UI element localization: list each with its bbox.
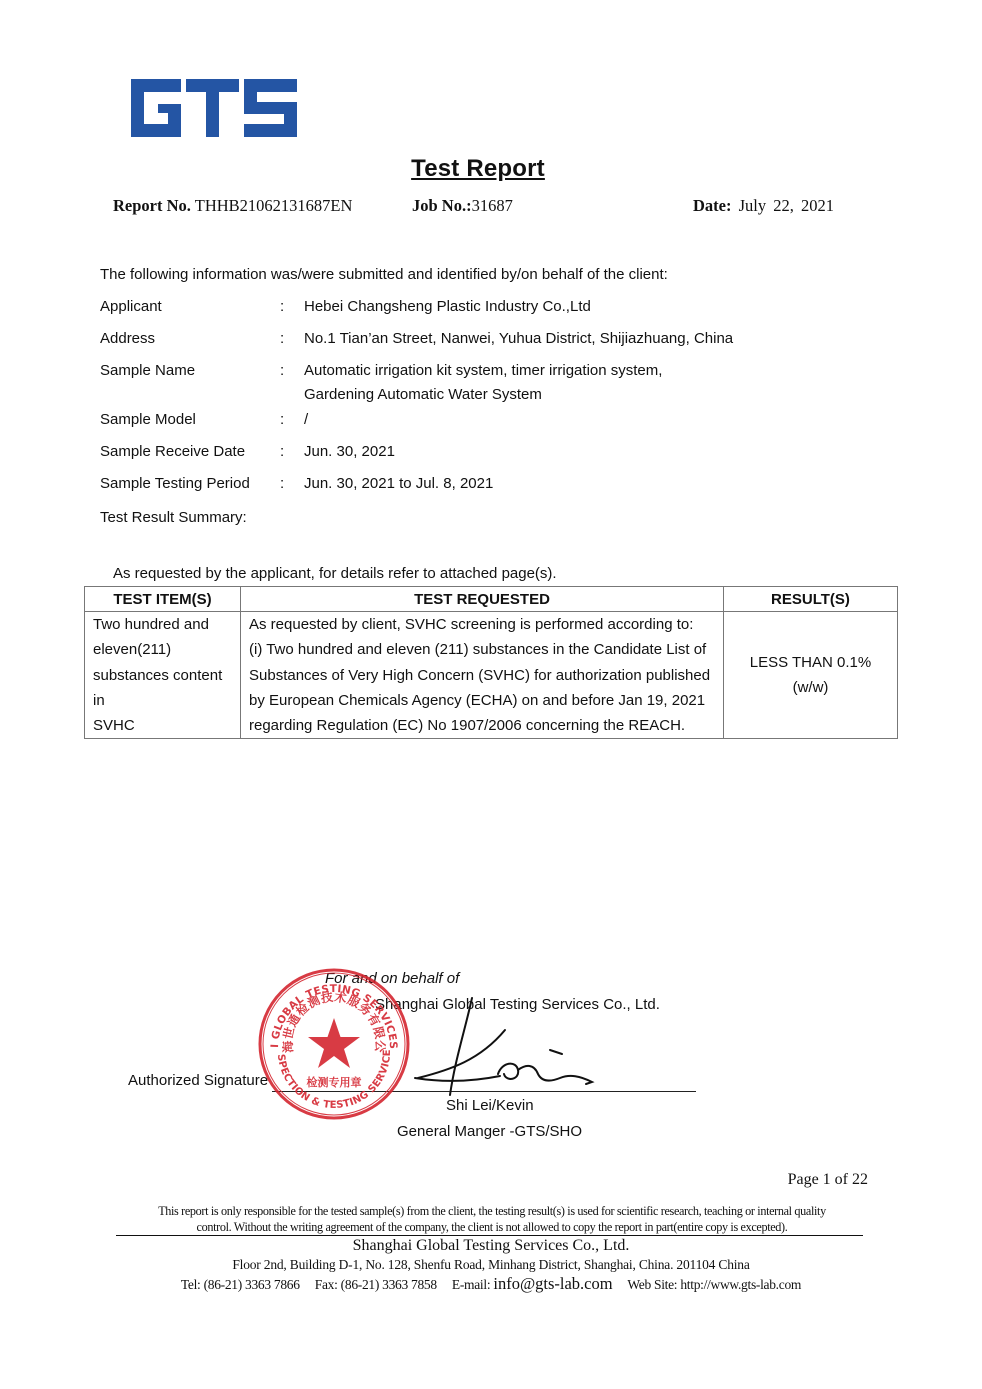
header-test-requested: TEST REQUESTED — [241, 587, 724, 612]
info-label: Sample Testing Period — [100, 472, 280, 496]
signer-title: General Manger -GTS/SHO — [397, 1123, 582, 1140]
results-table: TEST ITEM(S) TEST REQUESTED RESULT(S) Tw… — [84, 586, 898, 739]
disclaimer: This report is only responsible for the … — [112, 1203, 872, 1235]
info-value: Jun. 30, 2021 — [304, 440, 395, 464]
date-label: Date: — [693, 196, 731, 215]
job-number-value: 31687 — [472, 196, 513, 215]
cell-line: As requested by client, SVHC screening i… — [249, 612, 715, 637]
cell-line: Substances of Very High Concern (SVHC) f… — [249, 663, 715, 688]
authorized-signature-label: Authorized Signature — [128, 1072, 268, 1089]
info-label: Applicant — [100, 295, 280, 319]
company-stamp-icon: SHANGHAI GLOBAL TESTING SERVICES CO., LT… — [256, 966, 412, 1122]
info-label: Sample Name — [100, 359, 280, 383]
report-number-label: Report No. — [113, 196, 191, 215]
gts-logo — [131, 79, 297, 137]
client-info-intro: The following information was/were submi… — [100, 266, 668, 283]
report-date: Date: July 22, 2021 — [693, 196, 834, 216]
report-number-value: THHB21062131687EN — [195, 196, 353, 215]
cell-line: substances content in — [93, 663, 232, 714]
cell-line: (w/w) — [732, 675, 889, 700]
footer-company: Shanghai Global Testing Services Co., Lt… — [0, 1237, 982, 1255]
cell-test-item: Two hundred and eleven(211) substances c… — [85, 612, 241, 739]
footer-contact: Tel: (86-21) 3363 7866 Fax: (86-21) 3363… — [0, 1274, 982, 1294]
header-test-items: TEST ITEM(S) — [85, 587, 241, 612]
page-number: Page 1 of 22 — [788, 1171, 868, 1189]
tel-value: (86-21) 3363 7866 — [204, 1277, 300, 1292]
info-label: Sample Receive Date — [100, 440, 280, 464]
svg-text:检测专用章: 检测专用章 — [307, 1075, 362, 1089]
cell-line: eleven(211) — [93, 637, 232, 662]
cell-line: by European Chemicals Agency (ECHA) on a… — [249, 688, 715, 713]
fax-label: Fax: — [315, 1277, 338, 1292]
info-label: Address — [100, 327, 280, 351]
test-result-summary-label: Test Result Summary: — [100, 506, 247, 530]
cell-line: regarding Regulation (EC) No 1907/2006 c… — [249, 713, 715, 738]
footer-address: Floor 2nd, Building D-1, No. 128, Shenfu… — [0, 1257, 982, 1273]
table-row: Two hundred and eleven(211) substances c… — [85, 612, 898, 739]
cell-line: (i) Two hundred and eleven (211) substan… — [249, 637, 715, 662]
page-title: Test Report — [0, 155, 982, 183]
cell-line: LESS THAN 0.1% — [732, 650, 889, 675]
fax-value: (86-21) 3363 7858 — [341, 1277, 437, 1292]
website-link[interactable]: http://www.gts-lab.com — [680, 1277, 801, 1292]
tel-label: Tel: — [181, 1277, 201, 1292]
table-header-row: TEST ITEM(S) TEST REQUESTED RESULT(S) — [85, 587, 898, 612]
header-results: RESULT(S) — [724, 587, 898, 612]
info-colon: : — [280, 295, 284, 319]
info-colon: : — [280, 408, 284, 432]
requested-note: As requested by the applicant, for detai… — [113, 562, 557, 586]
cell-line: SVHC — [93, 713, 232, 738]
info-value: Automatic irrigation kit system, timer i… — [304, 359, 662, 383]
info-value: No.1 Tian’an Street, Nanwei, Yuhua Distr… — [304, 327, 733, 351]
website-label: Web Site: — [627, 1277, 677, 1292]
info-value: Hebei Changsheng Plastic Industry Co.,Lt… — [304, 295, 591, 319]
email-link[interactable]: info@gts-lab.com — [493, 1274, 612, 1293]
date-value: July 22, 2021 — [739, 196, 834, 215]
info-label: Sample Model — [100, 408, 280, 432]
report-number: Report No. THHB21062131687EN — [113, 196, 352, 216]
job-number: Job No.:31687 — [412, 196, 513, 216]
handwritten-signature-icon — [410, 990, 610, 1100]
cell-test-requested: As requested by client, SVHC screening i… — [241, 612, 724, 739]
info-value: Jun. 30, 2021 to Jul. 8, 2021 — [304, 472, 493, 496]
info-colon: : — [280, 327, 284, 351]
disclaimer-line: control. Without the writing agreement o… — [112, 1219, 872, 1235]
cell-result: LESS THAN 0.1% (w/w) — [724, 612, 898, 739]
cell-line: Two hundred and — [93, 612, 232, 637]
info-colon: : — [280, 440, 284, 464]
job-number-label: Job No.: — [412, 196, 472, 215]
email-label: E-mail: — [452, 1277, 490, 1292]
disclaimer-line: This report is only responsible for the … — [112, 1203, 872, 1219]
info-value-line2: Gardening Automatic Water System — [304, 383, 542, 407]
info-colon: : — [280, 359, 284, 383]
info-value: / — [304, 408, 308, 432]
info-colon: : — [280, 472, 284, 496]
footer-divider — [116, 1235, 863, 1236]
